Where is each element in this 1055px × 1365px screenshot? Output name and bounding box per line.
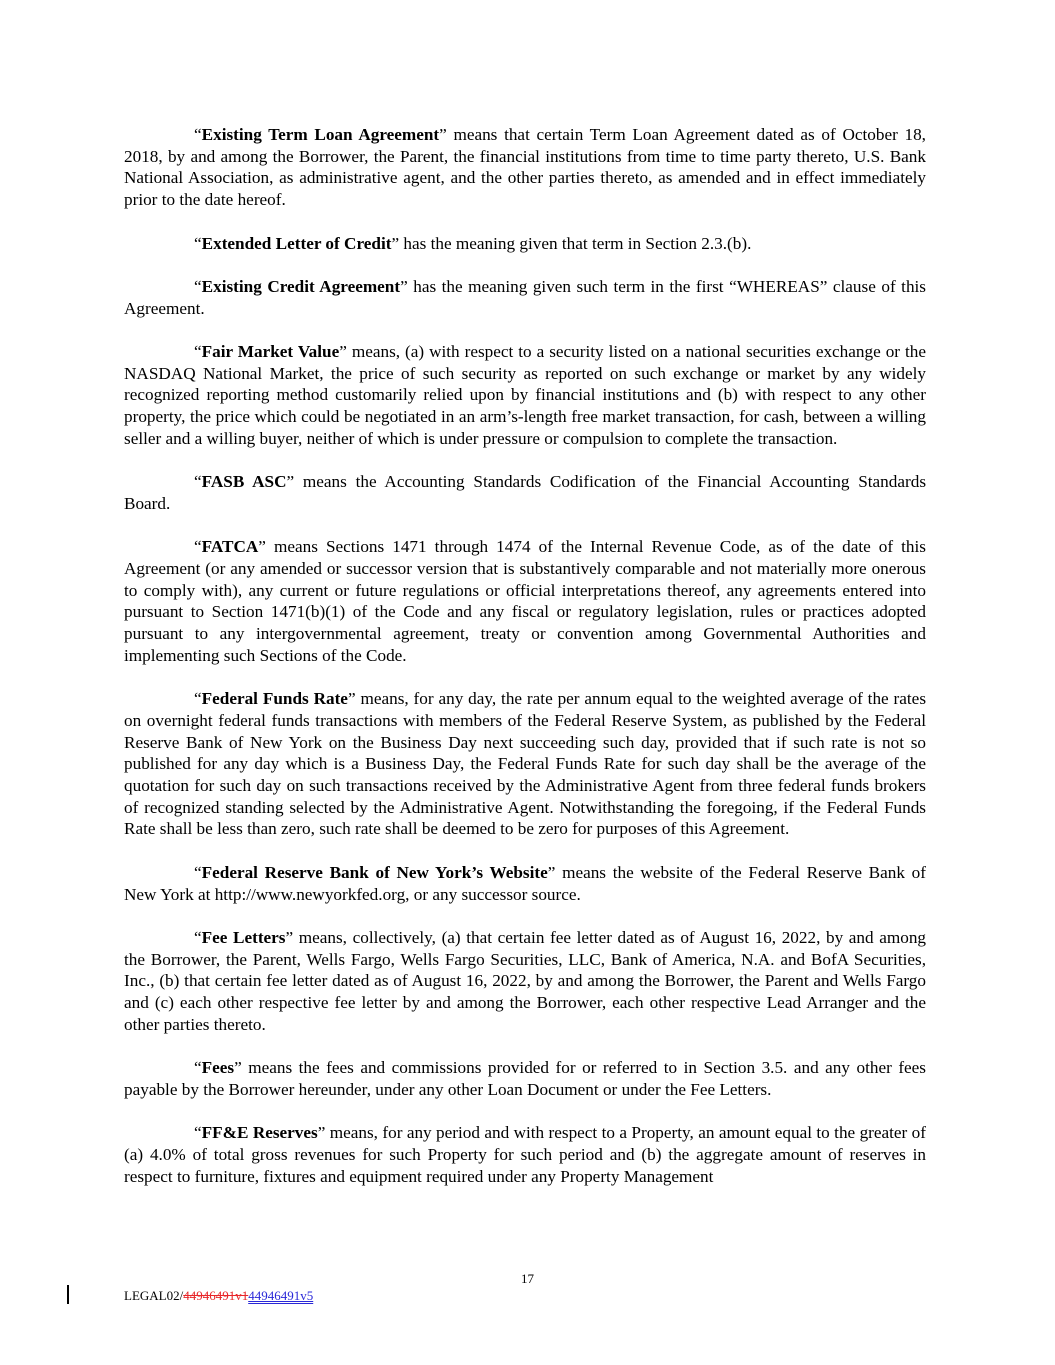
definition-fair-market-value: “Fair Market Value” means, (a) with resp… [124, 341, 926, 450]
definition-existing-term-loan-agreement: “Existing Term Loan Agreement” means tha… [124, 124, 926, 211]
defined-term: FF&E Reserves [202, 1123, 318, 1142]
definition-extended-letter-of-credit: “Extended Letter of Credit” has the mean… [124, 233, 926, 255]
defined-term: Federal Reserve Bank of New York’s Websi… [202, 863, 548, 882]
open-quote: “ [194, 472, 202, 491]
footer-inserted-id: 44946491v5 [248, 1288, 313, 1303]
document-page: “Existing Term Loan Agreement” means tha… [124, 124, 926, 1209]
open-quote: “ [194, 277, 202, 296]
close-quote: ” [348, 689, 356, 708]
defined-term: Extended Letter of Credit [202, 234, 392, 253]
defined-term: Existing Credit Agreement [202, 277, 400, 296]
open-quote: “ [194, 342, 202, 361]
close-quote: ” [391, 234, 399, 253]
definition-text: means Sections 1471 through 1474 of the … [124, 537, 926, 665]
definition-federal-funds-rate: “Federal Funds Rate” means, for any day,… [124, 688, 926, 840]
definition-fasb-asc: “FASB ASC” means the Accounting Standard… [124, 471, 926, 514]
definition-ffe-reserves: “FF&E Reserves” means, for any period an… [124, 1122, 926, 1187]
defined-term: FASB ASC [202, 472, 287, 491]
open-quote: “ [194, 928, 202, 947]
open-quote: “ [194, 1058, 202, 1077]
close-quote: ” [286, 928, 294, 947]
document-footer: LEGAL02/44946491v144946491v5 [124, 1289, 313, 1303]
footer-deleted-id: 44946491v1 [183, 1288, 248, 1303]
open-quote: “ [194, 1123, 202, 1142]
open-quote: “ [194, 863, 202, 882]
open-quote: “ [194, 689, 202, 708]
close-quote: ” [234, 1058, 242, 1077]
definition-text: means, for any day, the rate per annum e… [124, 689, 926, 838]
definition-fees: “Fees” means the fees and commissions pr… [124, 1057, 926, 1100]
defined-term: FATCA [202, 537, 259, 556]
open-quote: “ [194, 125, 202, 144]
close-quote: ” [287, 472, 295, 491]
close-quote: ” [439, 125, 447, 144]
definition-existing-credit-agreement: “Existing Credit Agreement” has the mean… [124, 276, 926, 319]
footer-prefix: LEGAL02/ [124, 1288, 183, 1303]
close-quote: ” [258, 537, 266, 556]
definition-frbny-website: “Federal Reserve Bank of New York’s Webs… [124, 862, 926, 905]
definition-text: means the fees and commissions provided … [124, 1058, 926, 1099]
change-bar [67, 1285, 69, 1304]
open-quote: “ [194, 537, 202, 556]
open-quote: “ [194, 234, 202, 253]
page-number-text: 17 [521, 1271, 534, 1287]
defined-term: Existing Term Loan Agreement [202, 125, 439, 144]
close-quote: ” [400, 277, 408, 296]
defined-term: Fee Letters [202, 928, 286, 947]
defined-term: Federal Funds Rate [202, 689, 348, 708]
defined-term: Fees [202, 1058, 234, 1077]
definition-fatca: “FATCA” means Sections 1471 through 1474… [124, 536, 926, 666]
definition-text: has the meaning given that term in Secti… [399, 234, 751, 253]
defined-term: Fair Market Value [202, 342, 340, 361]
definition-fee-letters: “Fee Letters” means, collectively, (a) t… [124, 927, 926, 1036]
close-quote: ” [339, 342, 347, 361]
